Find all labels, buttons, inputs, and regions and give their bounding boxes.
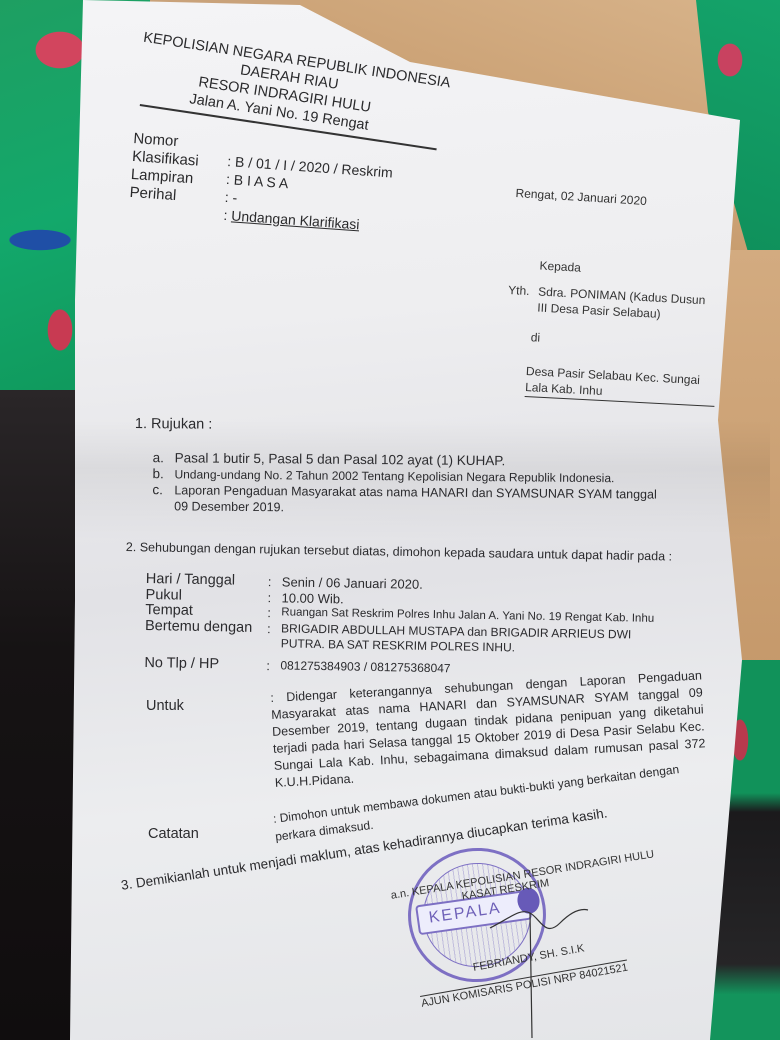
section-rujukan-heading: 1. Rujukan :	[135, 416, 665, 437]
letter-meta-labels: Nomor Klasifikasi Lampiran Perihal	[129, 130, 230, 209]
reference-list: a.Pasal 1 butir 5, Pasal 5 dan Pasal 102…	[152, 450, 665, 518]
untuk-label: Untuk	[146, 698, 184, 714]
catatan-label: Catatan	[148, 826, 199, 842]
recipient-yth: Yth.	[507, 282, 539, 316]
recipient-di: di	[530, 329, 718, 355]
appointment-details: Hari / Tanggal:Senin / 06 Januari 2020. …	[144, 572, 672, 680]
reference-item: c.Laporan Pengaduan Masyarakat atas nama…	[152, 482, 664, 518]
recipient-block: Kepada Yth. Sdra. PONIMAN (Kadus Dusun I…	[503, 256, 722, 407]
letter-meta-values: : B / 01 / I / 2020 / Reskrim : B I A S …	[223, 152, 393, 235]
section-rujukan: 1. Rujukan : a.Pasal 1 butir 5, Pasal 5 …	[134, 416, 665, 519]
